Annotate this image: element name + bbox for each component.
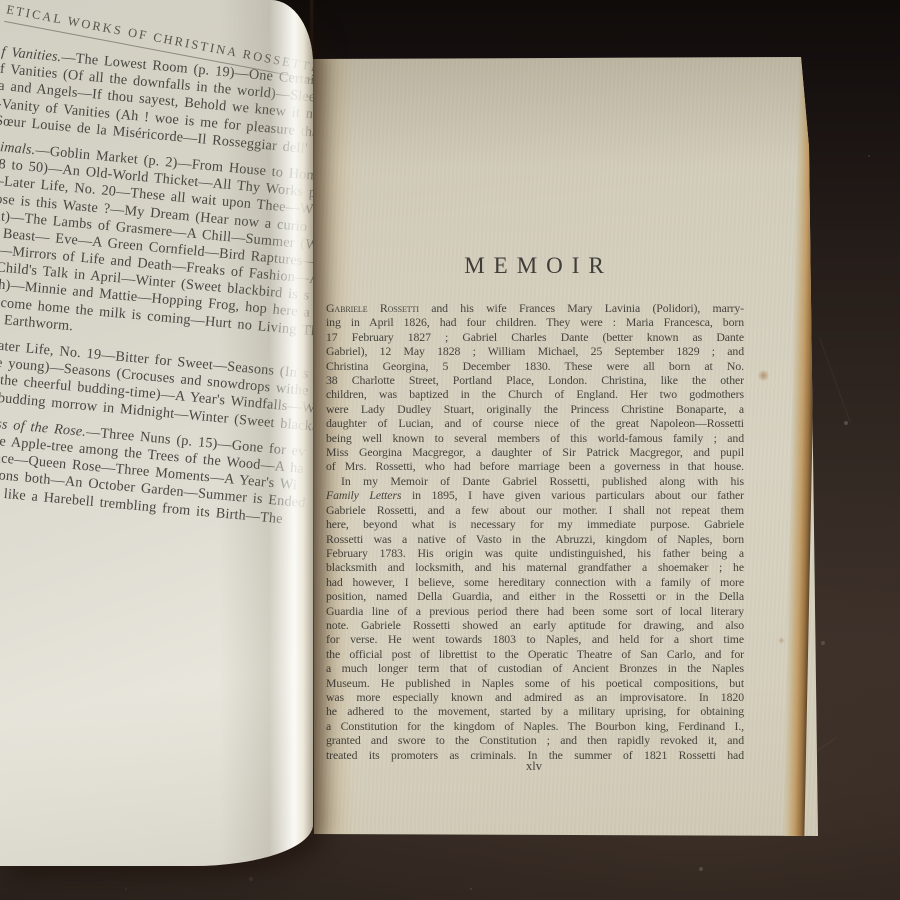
memoir-line: Gabriele Rossetti, and a few about our m… (326, 503, 744, 517)
memoir-line: a much longer term that of custodian of … (326, 661, 744, 675)
memoir-line: Gabriele Rossetti and his wife Frances M… (326, 301, 744, 315)
memoir-line: the official post of librettist to the O… (326, 647, 744, 661)
page-number: xlv (326, 759, 742, 774)
memoir-line: for verse. He went towards 1803 to Naple… (326, 632, 744, 646)
memoir-line: a Constitution for the kingdom of Naples… (326, 719, 744, 733)
memoir-line: note. Gabriele Rossetti showed an early … (326, 618, 744, 632)
memoir-line: of Mrs. Rossetti, who had before marriag… (326, 459, 744, 473)
italic-lead: Family Letters (326, 488, 401, 502)
memoir-line: position, named Della Guardia, and eithe… (326, 589, 744, 603)
memoir-line: had however, I believe, some hereditary … (326, 575, 744, 589)
memoir-line: Museum. He published in Naples some of h… (326, 676, 744, 690)
memoir-line: 38 Charlotte Street, Portland Place, Lon… (326, 373, 744, 387)
memoir-line: here, beyond what is necessary for my im… (326, 517, 744, 531)
memoir-line: February 1783. His origin was quite undi… (326, 546, 744, 560)
right-page: MEMOIR Gabriele Rossetti and his wife Fr… (312, 57, 818, 837)
foxing-spot (758, 369, 769, 382)
memoir-line: Christina Georgina, 5 December 1830. The… (326, 359, 744, 373)
memoir-line: Guardia line of a previous period there … (326, 604, 744, 618)
memoir-line: was more especially known and admired as… (326, 690, 744, 704)
memoir-line: Miss Georgina Macgregor, a daughter of S… (326, 445, 744, 459)
surface-scratch (819, 338, 851, 423)
memoir-line: being well known to several members of t… (326, 431, 744, 445)
memoir-line: ing in April 1826, had four children. Th… (326, 315, 744, 329)
memoir-line: Family Letters in 1895, I have given var… (326, 488, 744, 502)
memoir-line: 17 February 1827 ; Gabriel Charles Dante… (326, 330, 744, 344)
page-curl-highlight (0, 0, 313, 866)
left-page-turning: ETICAL WORKS OF CHRISTINA ROSSETTI f Van… (0, 0, 313, 866)
foxing-spot (778, 637, 785, 644)
memoir-text-column: Gabriele Rossetti and his wife Frances M… (326, 301, 744, 762)
memoir-line: Rossetti was a native of Vasto in the Ab… (326, 532, 744, 546)
book-photo: MEMOIR Gabriele Rossetti and his wife Fr… (0, 0, 900, 900)
memoir-line: were Lady Dudley Stuart, originally the … (326, 402, 744, 416)
memoir-line: children, was baptized in the Church of … (326, 387, 744, 401)
memoir-line: daughter of Lucian, and of course niece … (326, 416, 744, 430)
memoir-line: Gabriel), 12 May 1828 ; William Michael,… (326, 344, 744, 358)
memoir-line: he adhered to the movement, started by a… (326, 704, 744, 718)
memoir-line: In my Memoir of Dante Gabriel Rossetti, … (326, 474, 744, 488)
memoir-line: granted and swore to the Constitution ; … (326, 733, 744, 747)
chapter-heading: MEMOIR (326, 253, 742, 279)
page-top-shading (312, 57, 818, 177)
memoir-line: blacksmith and locksmith, and his matern… (326, 560, 744, 574)
smallcaps-lead: Gabriele Rossetti (326, 301, 419, 315)
